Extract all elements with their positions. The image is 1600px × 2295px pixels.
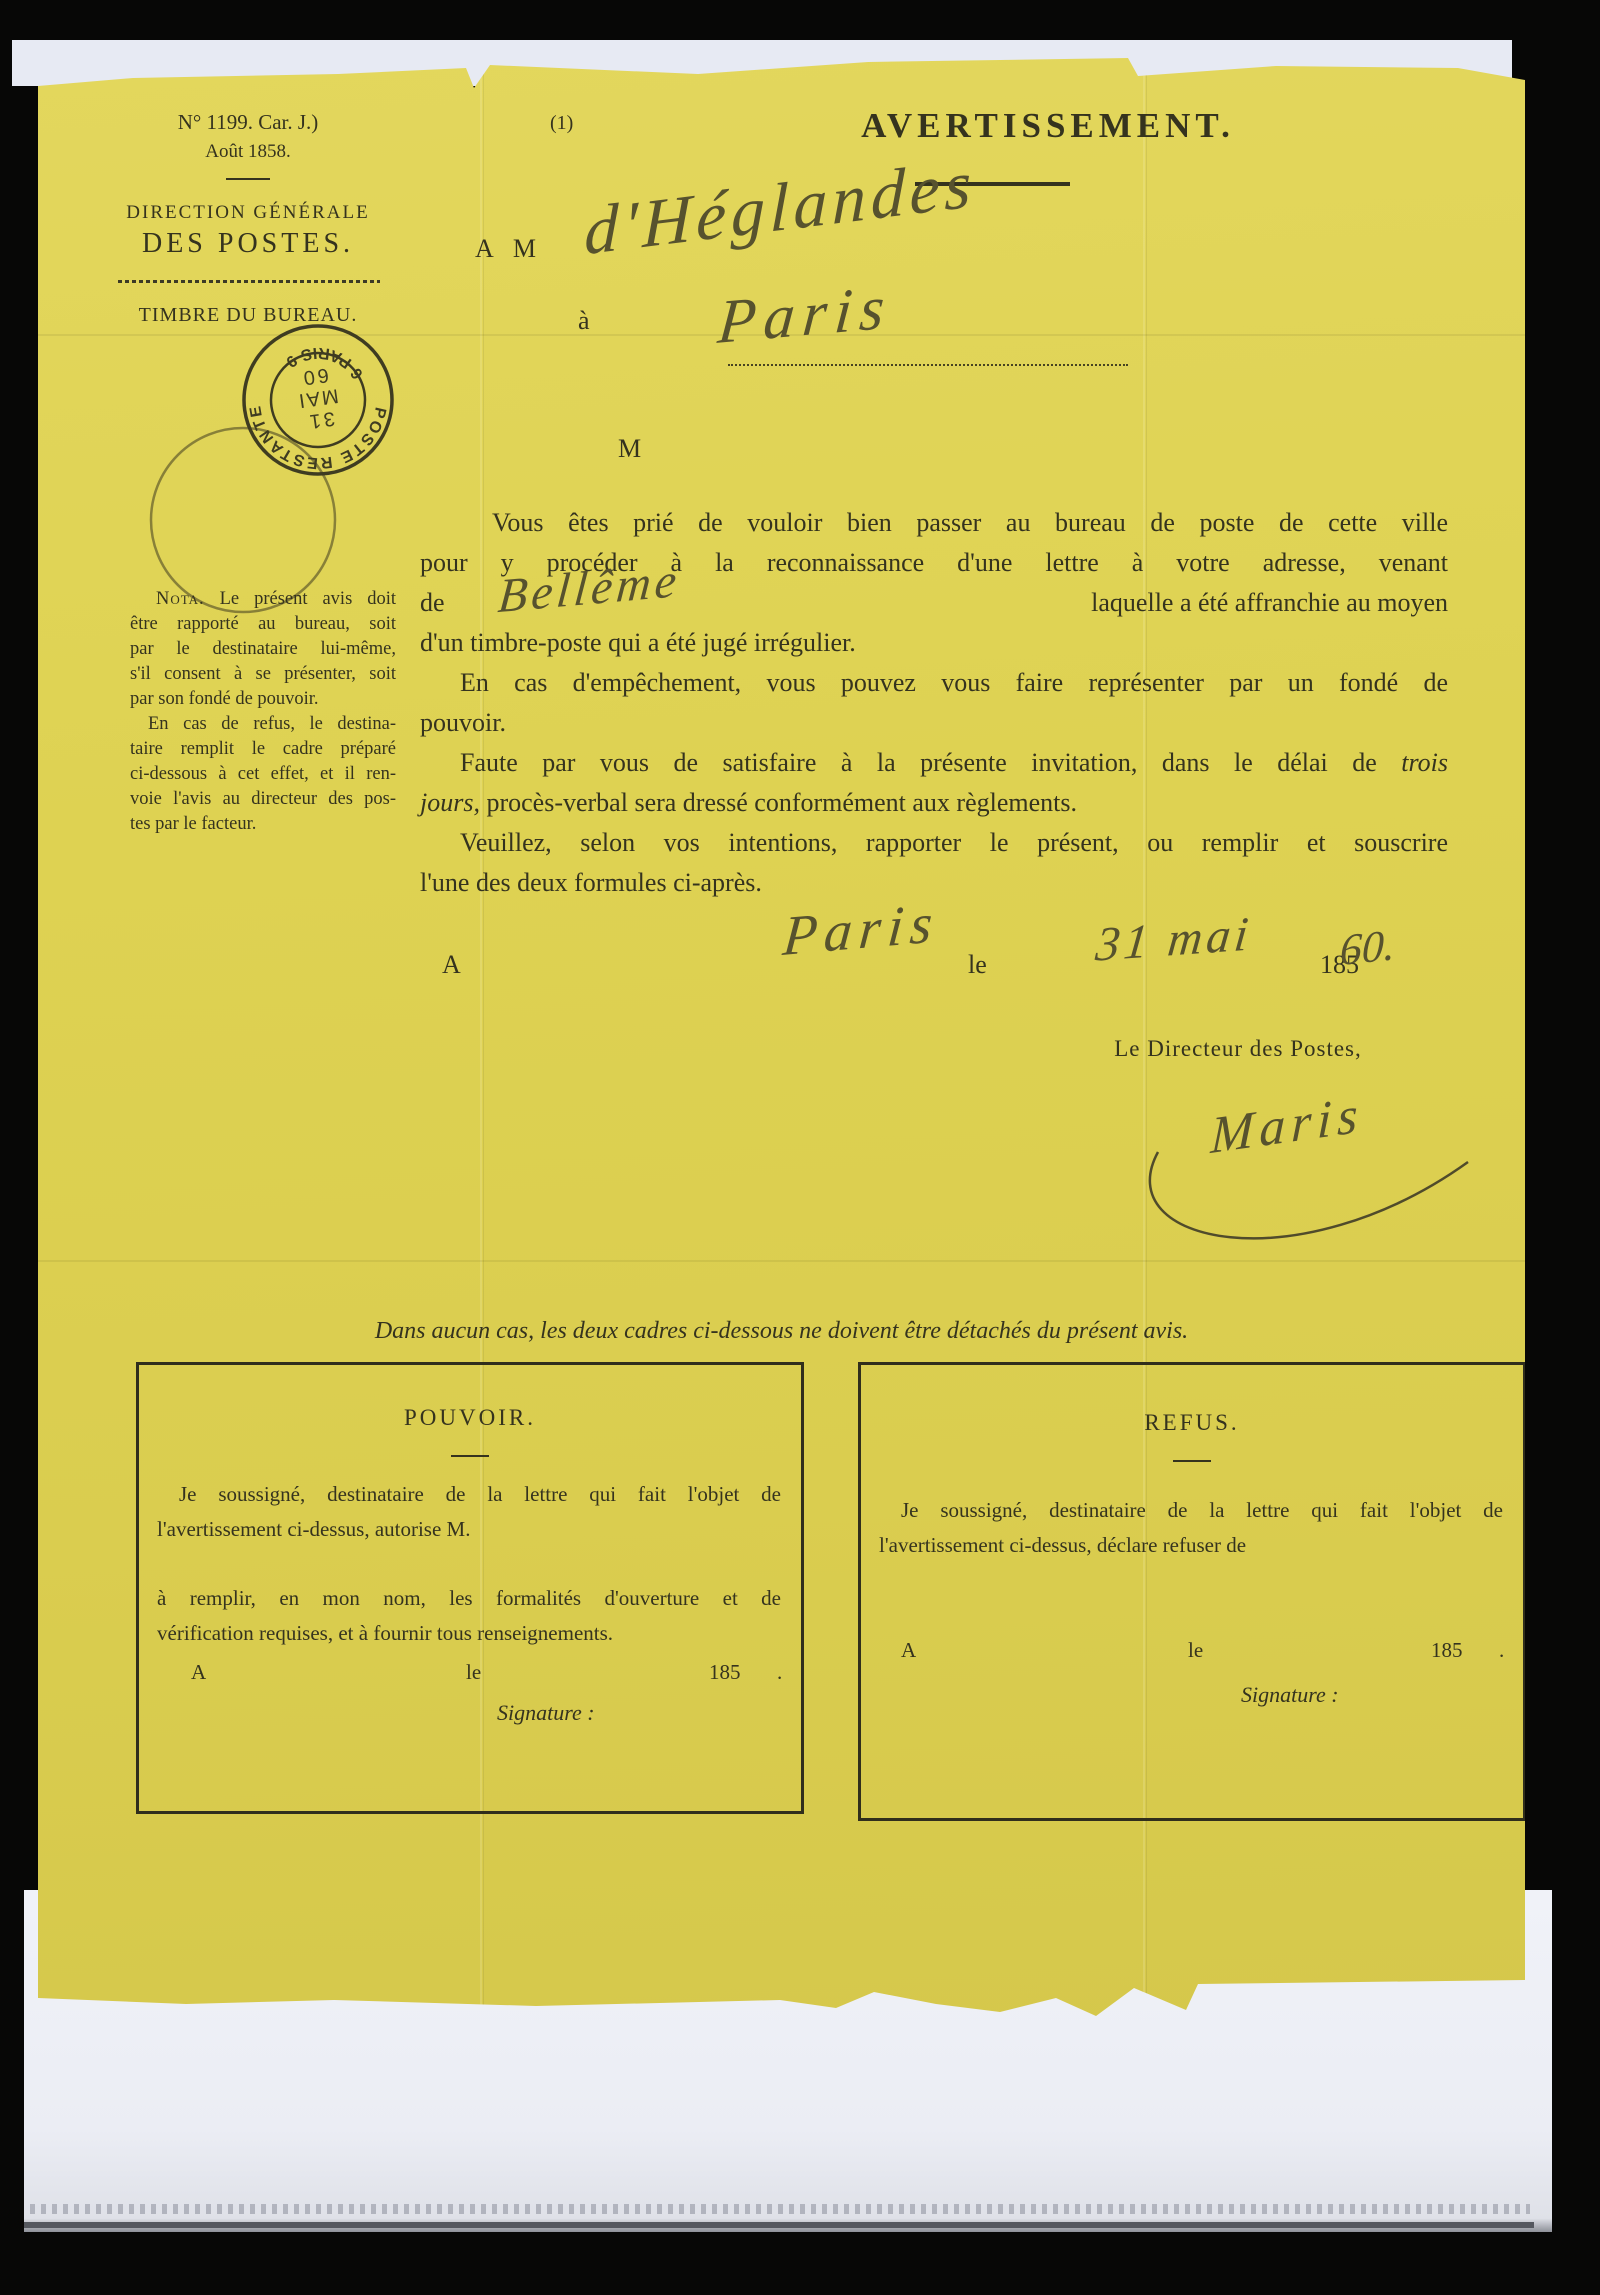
dateline-place-handwritten: Paris [780, 891, 941, 969]
dateline-date-handwritten: 31 mai [1093, 906, 1254, 972]
body-p3-line1: Faute par vous de satisfaire à la présen… [420, 743, 1448, 783]
refus-para-line1: Je soussigné, destinataire de la lettre … [879, 1493, 1503, 1528]
pouvoir-period: . [777, 1655, 782, 1690]
backing-bottom-edge [24, 2222, 1534, 2228]
addressee-name-handwritten: d'Héglandes [584, 144, 977, 272]
refus-divider [1173, 1460, 1211, 1462]
pouvoir-divider [451, 1455, 489, 1457]
address-a-label: à [578, 306, 590, 336]
nota-line: être rapporté au bureau, soit [130, 612, 396, 637]
origin-handwritten: Bellême [497, 561, 682, 617]
refus-le-label: le [1188, 1633, 1203, 1668]
dateline-year-handwritten: 60. [1339, 919, 1395, 976]
dateline-a-label: A [442, 950, 461, 980]
refus-title: REFUS. [861, 1410, 1523, 1436]
director-title: Le Directeur des Postes, [1038, 1036, 1438, 1062]
refus-period: . [1499, 1633, 1504, 1668]
administration-line2: DES POSTES. [78, 228, 418, 260]
postmark-year: 60 [299, 363, 330, 389]
body-p1-line1: Vous êtes prié de vouloir bien passer au… [420, 503, 1448, 543]
header-divider [226, 178, 270, 180]
nota-line: s'il consent à se présenter, soit [130, 662, 396, 687]
pouvoir-year: 185 [709, 1655, 741, 1690]
nota-block: Nota. Le présent avis doit être rapporté… [130, 587, 396, 837]
body-p1-de: de [420, 583, 445, 623]
refus-para-line2: l'avertissement ci-dessus, déclare refus… [879, 1528, 1503, 1563]
postmark-dated-stamp: POSTE RESTANTE 6 PARIS 9 31 MAI 60 [234, 316, 401, 483]
refus-a-label: A [901, 1633, 916, 1668]
address-city-handwritten: Paris [715, 272, 895, 359]
postmark-stamp: POSTE RESTANTE 6 PARIS 9 31 MAI 60 [138, 288, 468, 632]
body-p3-line2: jours, procès-verbal sera dressé conform… [420, 783, 1448, 823]
refus-year: 185 [1431, 1633, 1463, 1668]
pouvoir-para1-line2: l'avertissement ci-dessus, autorise M. [157, 1512, 781, 1547]
refus-signature-label: Signature : [1241, 1677, 1339, 1712]
photo-background: N° 1199. Car. J.) Août 1858. DIRECTION G… [0, 0, 1600, 2295]
nota-line: tes par le facteur. [130, 812, 396, 837]
addressee-prefix: A M [475, 234, 543, 264]
document-paper: N° 1199. Car. J.) Août 1858. DIRECTION G… [38, 56, 1525, 2020]
body-p2-line1: En cas d'empêchement, vous pouvez vous f… [420, 663, 1448, 703]
separator-notice: Dans aucun cas, les deux cadres ci-desso… [38, 1318, 1525, 1345]
pouvoir-le-label: le [466, 1655, 481, 1690]
form-date: Août 1858. [98, 141, 398, 163]
body-p1-line3: de Bellême laquelle a été affranchie au … [420, 583, 1448, 627]
pouvoir-box: POUVOIR. Je soussigné, destinataire de l… [136, 1362, 804, 1814]
body-p2-line2: pouvoir. [420, 703, 1448, 743]
signature-flourish [1098, 1134, 1518, 1294]
nota-line: voie l'avis au directeur des pos- [130, 787, 396, 812]
page-title: AVERTISSEMENT. [798, 106, 1298, 146]
salutation: M [618, 434, 641, 464]
body-p1-line4: d'un timbre-poste qui a été jugé irrégul… [420, 623, 1448, 663]
pouvoir-para1-line1: Je soussigné, destinataire de la lettre … [157, 1477, 781, 1512]
administration-rule [118, 280, 380, 283]
nota-line: taire remplit le cadre préparé [130, 737, 396, 762]
nota-label: Nota. [156, 589, 205, 609]
nota-line: par le destinataire lui-même, [130, 637, 396, 662]
body-p1-line3-rest: laquelle a été affranchie au moyen [1091, 583, 1448, 623]
nota-line: ci-dessous à cet effet, et il ren- [130, 762, 396, 787]
dateline-le-label: le [968, 950, 987, 980]
nota-line: Nota. Le présent avis doit [130, 587, 396, 612]
nota-line: par son fondé de pouvoir. [130, 687, 396, 712]
pouvoir-signature-label: Signature : [497, 1695, 595, 1730]
body-p4-line1: Veuillez, selon vos intentions, rapporte… [420, 823, 1448, 863]
address-dotted-line [728, 362, 1128, 366]
form-number: N° 1199. Car. J.) [98, 110, 398, 135]
refus-box: REFUS. Je soussigné, destinataire de la … [858, 1362, 1526, 1821]
pouvoir-para2-line1: à remplir, en mon nom, les formalités d'… [157, 1581, 781, 1616]
pouvoir-para2-line2: vérification requises, et à fournir tous… [157, 1616, 781, 1651]
sheet-index: (1) [550, 112, 573, 135]
pouvoir-a-label: A [191, 1655, 206, 1690]
pouvoir-title: POUVOIR. [139, 1405, 801, 1431]
administration-line1: DIRECTION GÉNÉRALE [78, 202, 418, 224]
backing-perforation [30, 2204, 1530, 2214]
nota-line: En cas de refus, le destina- [130, 712, 396, 737]
